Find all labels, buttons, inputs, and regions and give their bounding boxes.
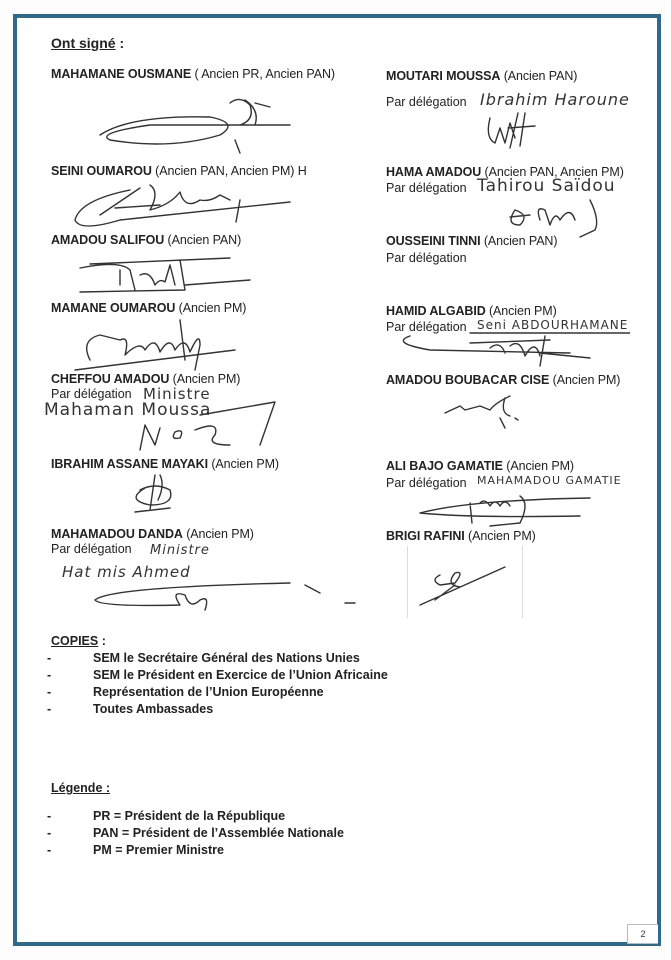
signatory-name: BRIGI RAFINI [386, 529, 465, 543]
signatory-right-4: AMADOU BOUBACAR CISE (Ancien PM) [386, 373, 620, 387]
signatory-role: (Ancien PAN) [500, 69, 577, 83]
legend-list: -PR = Président de la République -PAN = … [93, 808, 344, 859]
delegate-handwritten-hama: Tahirou Saïdou [477, 176, 616, 196]
signatory-role: (Ancien PM) [503, 459, 574, 473]
signatory-left-1: SEINI OUMAROU (Ancien PAN, Ancien PM) H [51, 164, 307, 178]
legend-item: -PR = Président de la République [93, 808, 344, 825]
delegation-label-tinni: Par délégation [386, 251, 467, 265]
delegate-handwritten-gamatie: MAHAMADOU GAMATIE [477, 474, 622, 487]
signatory-left-4: CHEFFOU AMADOU (Ancien PM) [51, 372, 240, 386]
signatory-left-6: MAHAMADOU DANDA (Ancien PM) [51, 527, 254, 541]
legend-item-text: PM = Premier Ministre [93, 843, 224, 857]
signatory-name: MAHAMADOU DANDA [51, 527, 183, 541]
signatory-name: HAMA AMADOU [386, 165, 481, 179]
copies-heading-text: COPIES [51, 634, 98, 648]
signatory-name: SEINI OUMAROU [51, 164, 152, 178]
signature-ibrahim-assane-mayaki [120, 470, 200, 520]
signatory-name: CHEFFOU AMADOU [51, 372, 169, 386]
signatory-right-0: MOUTARI MOUSSA (Ancien PAN) [386, 69, 577, 83]
bullet: - [47, 701, 51, 718]
legend-item-text: PR = Président de la République [93, 809, 285, 823]
signed-heading-colon: : [116, 35, 125, 51]
bullet: - [47, 684, 51, 701]
bullet: - [47, 825, 51, 842]
signatory-name: HAMID ALGABID [386, 304, 486, 318]
signatory-role: (Ancien PAN) [480, 234, 557, 248]
copies-heading-colon: : [98, 634, 106, 648]
signatory-role: (Ancien PM) [183, 527, 254, 541]
signatory-name: OUSSEINI TINNI [386, 234, 480, 248]
signature-cheffou-amadou [120, 390, 290, 455]
delegation-label-moutari: Par délégation [386, 95, 467, 109]
signatory-right-6: BRIGI RAFINI (Ancien PM) [386, 529, 536, 543]
signature-mahamane-ousmane [90, 95, 300, 155]
signatory-role: (Ancien PM) [486, 304, 557, 318]
copies-list: -SEM le Secrétaire Général des Nations U… [93, 650, 388, 718]
signatory-role: (Ancien PAN, Ancien PM) H [152, 164, 307, 178]
signatory-role: (Ancien PM) [208, 457, 279, 471]
bullet: - [47, 808, 51, 825]
delegate-handwritten-moutari: Ibrahim Haroune [480, 90, 630, 109]
signatory-right-3: HAMID ALGABID (Ancien PM) [386, 304, 557, 318]
signature-hamid-algabid [390, 328, 630, 368]
signatory-name: ALI BAJO GAMATIE [386, 459, 503, 473]
legend-heading: Légende : [51, 781, 110, 795]
signatory-right-5: ALI BAJO GAMATIE (Ancien PM) [386, 459, 574, 473]
signed-heading: Ont signé : [51, 35, 124, 53]
legend-item: -PAN = Président de l’Assemblée National… [93, 825, 344, 842]
delegation-label-hama: Par délégation [386, 181, 467, 195]
signatory-right-2: OUSSEINI TINNI (Ancien PAN) [386, 234, 557, 248]
signatory-role: (Ancien PM) [465, 529, 536, 543]
signature-ali-bajo-gamatie [410, 488, 610, 528]
bullet: - [47, 650, 51, 667]
copies-item: -Représentation de l’Union Européenne [93, 684, 388, 701]
signatory-role: ( Ancien PR, Ancien PAN) [191, 67, 335, 81]
copies-item-text: Toutes Ambassades [93, 702, 213, 716]
page-number: 2 [627, 924, 658, 944]
signatory-role: (Ancien PM) [169, 372, 240, 386]
signature-moutari-moussa [480, 108, 540, 153]
signature-mahamadou-danda [80, 575, 370, 615]
signature-mamane-oumarou [60, 310, 260, 375]
signature-brigi-rafini [415, 555, 515, 610]
bullet: - [47, 842, 51, 859]
copies-heading: COPIES : [51, 632, 106, 650]
signature-seini-oumarou [60, 180, 310, 235]
signatory-left-0: MAHAMANE OUSMANE ( Ancien PR, Ancien PAN… [51, 67, 335, 81]
legend-item-text: PAN = Président de l’Assemblée Nationale [93, 826, 344, 840]
signed-heading-text: Ont signé [51, 35, 116, 51]
delegate-handwritten-danda-1: Ministre [150, 543, 210, 558]
signatory-left-5: IBRAHIM ASSANE MAYAKI (Ancien PM) [51, 457, 279, 471]
copies-item: -SEM le Secrétaire Général des Nations U… [93, 650, 388, 667]
signatory-name: MAHAMANE OUSMANE [51, 67, 191, 81]
legend-item: -PM = Premier Ministre [93, 842, 344, 859]
signatory-name: MOUTARI MOUSSA [386, 69, 500, 83]
copies-item-text: Représentation de l’Union Européenne [93, 685, 324, 699]
signature-amadou-boubacar-cise [440, 388, 530, 433]
signatory-name: IBRAHIM ASSANE MAYAKI [51, 457, 208, 471]
signatory-name: AMADOU BOUBACAR CISE [386, 373, 549, 387]
delegation-label-danda: Par délégation [51, 542, 132, 556]
signature-amadou-salifou [60, 240, 260, 300]
signatory-role: (Ancien PM) [549, 373, 620, 387]
copies-item-text: SEM le Président en Exercice de l’Union … [93, 668, 388, 682]
copies-item: -SEM le Président en Exercice de l’Union… [93, 667, 388, 684]
copies-item-text: SEM le Secrétaire Général des Nations Un… [93, 651, 360, 665]
copies-item: -Toutes Ambassades [93, 701, 388, 718]
bullet: - [47, 667, 51, 684]
